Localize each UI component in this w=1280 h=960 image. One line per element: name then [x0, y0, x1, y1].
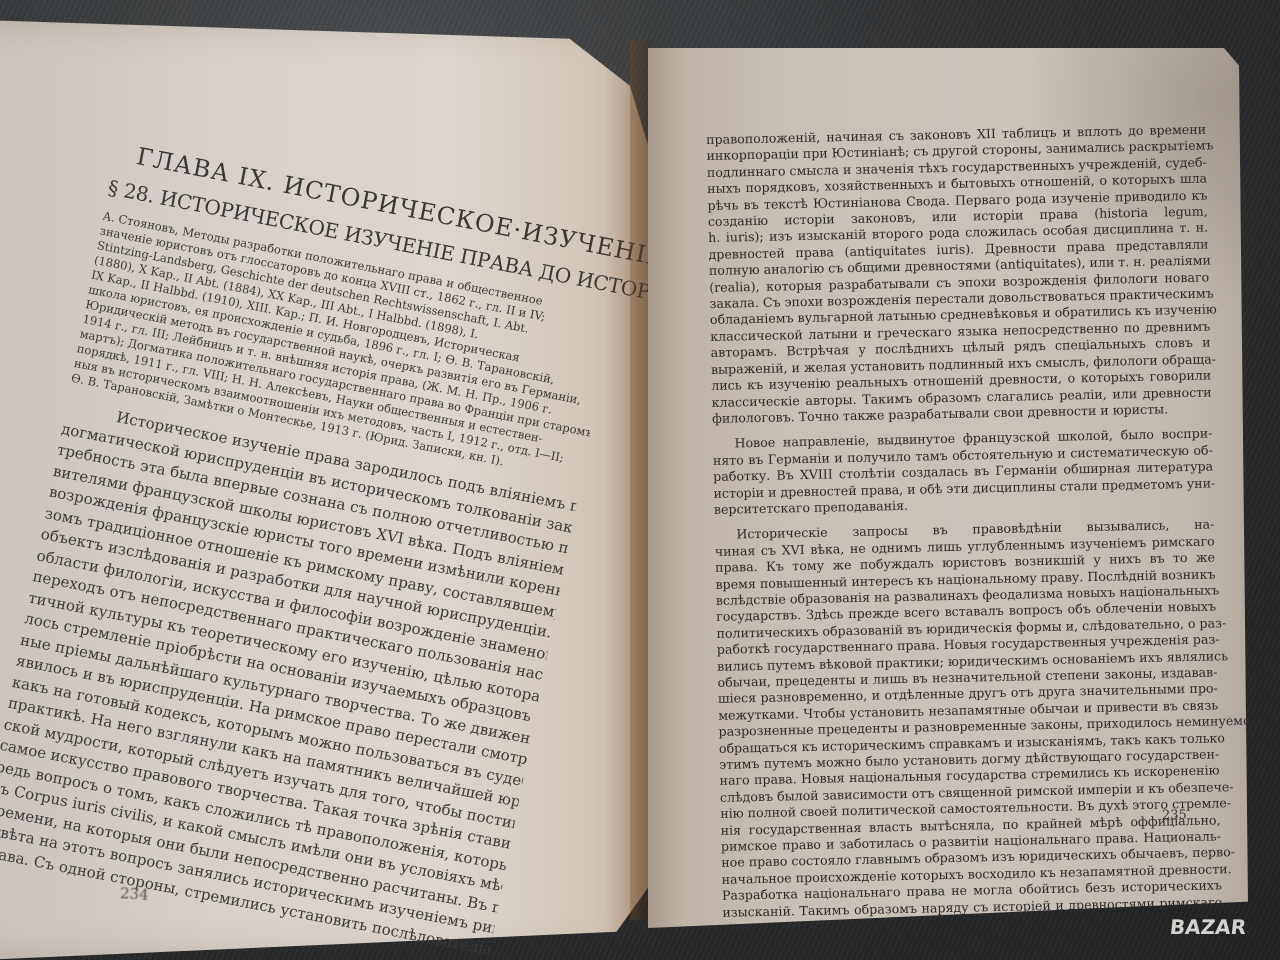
left-body-text: Историческое изученіе права зародилось п…	[0, 397, 578, 960]
paragraph: Историческіе запросы въ правовѣдѣніи выз…	[714, 517, 1222, 921]
right-page-text: правоположеній, начиная съ законовъ XII …	[706, 122, 1222, 921]
bazar-watermark-logo: BAZAR	[1169, 915, 1248, 939]
paragraph: Новое направленіе, выдвинутое французско…	[712, 426, 1214, 518]
paragraph: правоположеній, начиная съ законовъ XII …	[706, 122, 1212, 428]
page-number-right: 235	[1162, 808, 1187, 823]
page-number-left: 234	[119, 884, 149, 904]
